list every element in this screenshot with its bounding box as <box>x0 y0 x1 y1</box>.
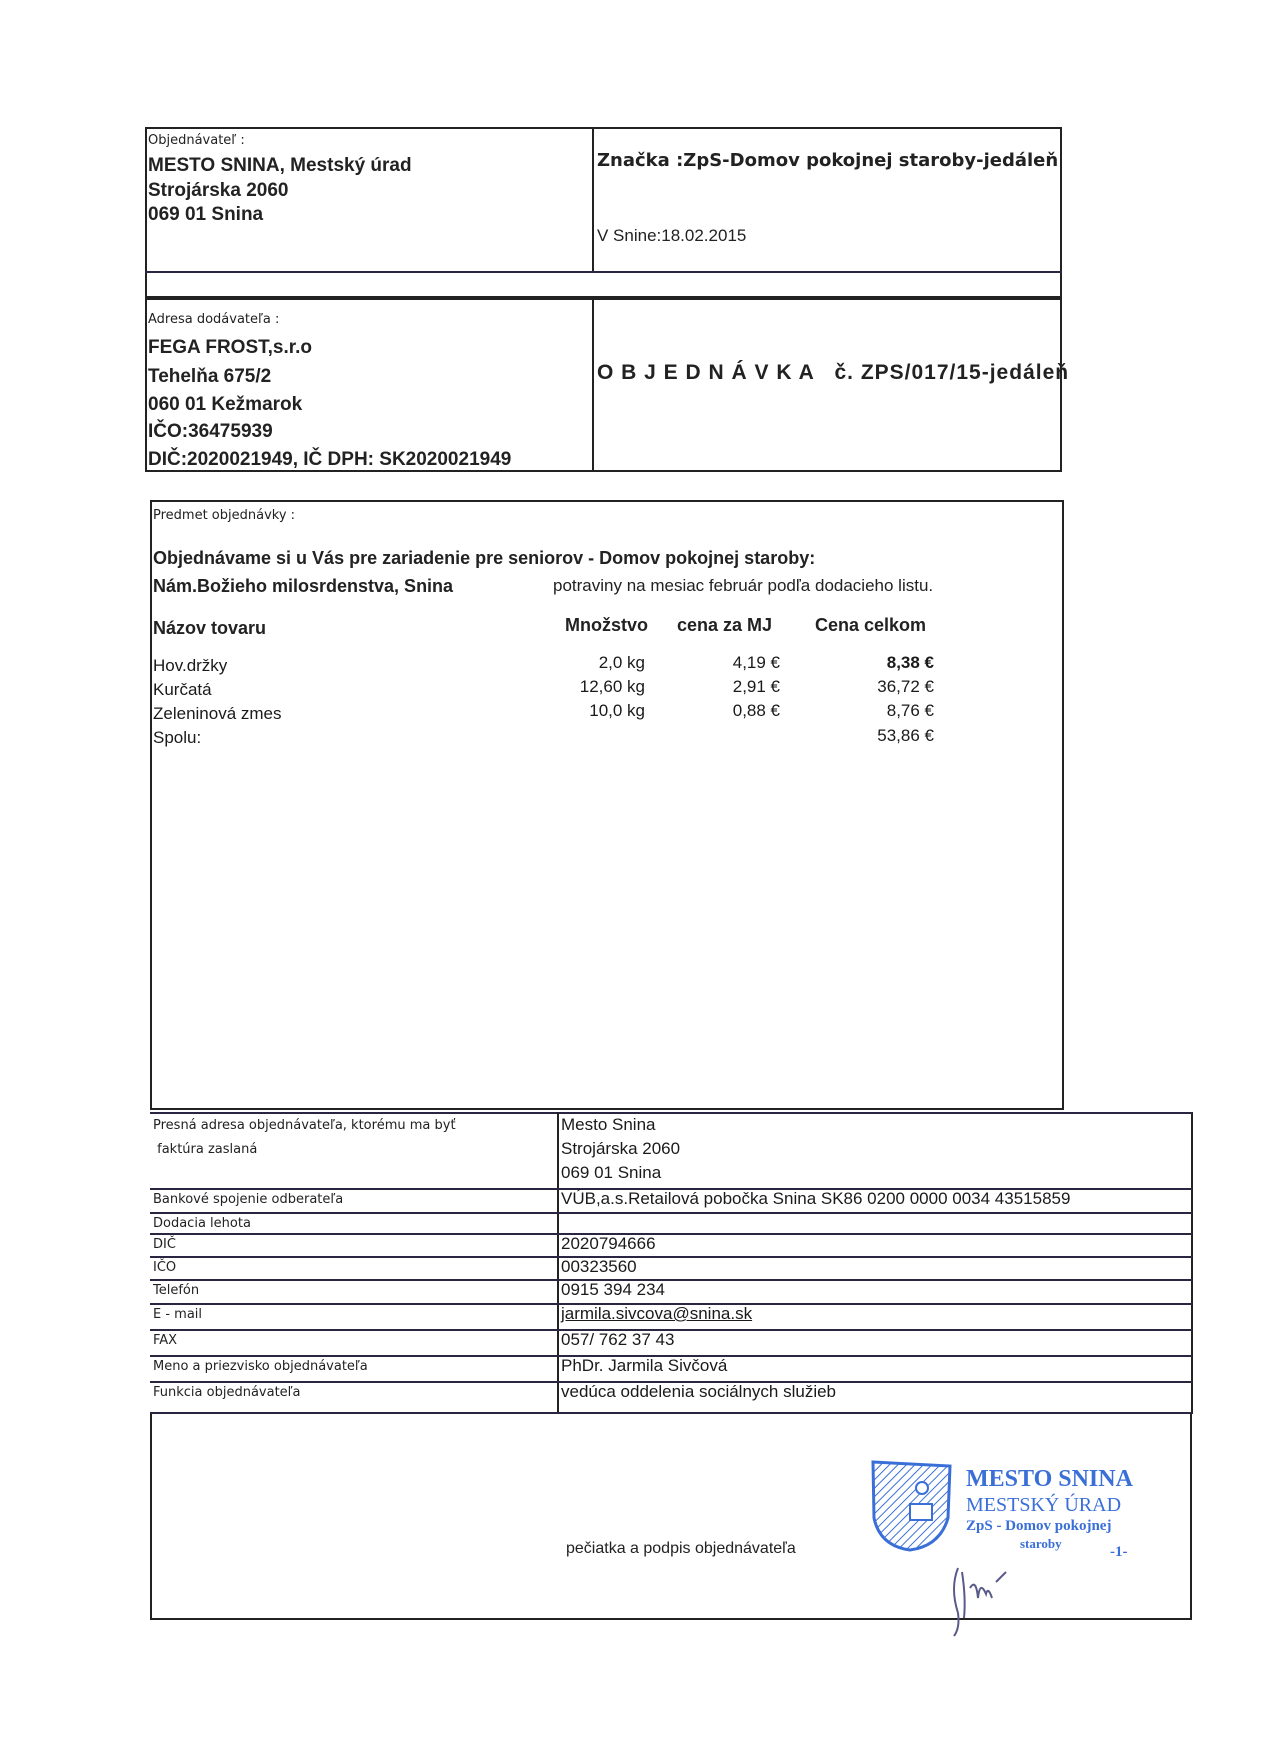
subject-line-1: Objednávame si u Vás pre zariadenie pre … <box>153 548 815 569</box>
col-header-unit-price: cena za MJ <box>677 615 772 636</box>
orderer-city: 069 01 Snina <box>148 204 263 226</box>
handwritten-signature <box>940 1558 1030 1638</box>
col-header-name: Názov tovaru <box>153 618 266 639</box>
details-top-rule <box>150 1112 1064 1114</box>
item-unit-price: 4,19 € <box>680 653 780 673</box>
coat-of-arms-icon <box>870 1458 954 1554</box>
stamp-line-4: staroby <box>1020 1536 1062 1552</box>
detail-label: Telefón <box>153 1283 199 1298</box>
detail-label: Dodacia lehota <box>153 1216 251 1231</box>
detail-value: 00323560 <box>561 1257 637 1277</box>
subject-line-2-left: Nám.Božieho milosrdenstva, Snina <box>153 576 453 597</box>
item-qty: 12,60 kg <box>540 677 645 697</box>
row-rule <box>150 1233 1192 1235</box>
detail-label: IČO <box>153 1260 176 1275</box>
row-rule <box>150 1256 1192 1258</box>
item-qty: 2,0 kg <box>540 653 645 673</box>
supplier-divider <box>592 298 594 472</box>
details-right-edge <box>1191 1112 1193 1414</box>
row-rule <box>150 1279 1192 1281</box>
stamp-number: -1- <box>1110 1544 1128 1561</box>
detail-label: Meno a priezvisko objednávateľa <box>153 1359 368 1374</box>
detail-label: Bankové spojenie odberateľa <box>153 1192 343 1207</box>
detail-value[interactable]: jarmila.sivcova@snina.sk <box>561 1304 752 1324</box>
sum-total: 53,86 € <box>820 726 934 746</box>
invoice-address-label-2: faktúra zaslaná <box>153 1142 257 1157</box>
col-header-total: Cena celkom <box>815 615 926 636</box>
header-divider <box>592 127 594 272</box>
supplier-city: 060 01 Kežmarok <box>148 394 302 416</box>
invoice-address-line: Mesto Snina <box>561 1115 656 1135</box>
item-total: 8,76 € <box>820 701 934 721</box>
orderer-name: MESTO SNINA, Mestský úrad <box>148 155 412 177</box>
col-header-qty: Množstvo <box>565 615 648 636</box>
details-divider <box>557 1112 559 1414</box>
supplier-name: FEGA FROST,s.r.o <box>148 337 312 359</box>
detail-value: vedúca oddelenia sociálnych služieb <box>561 1382 836 1402</box>
subject-line-2-right: potraviny na mesiac február podľa dodaci… <box>553 576 933 596</box>
supplier-block <box>145 298 1062 472</box>
item-unit-price: 2,91 € <box>680 677 780 697</box>
detail-value: VÚB,a.s.Retailová pobočka Snina SK86 020… <box>561 1189 1070 1209</box>
invoice-address-label-1: Presná adresa objednávateľa, ktorému ma … <box>153 1118 456 1133</box>
stamp-line-1: MESTO SNINA <box>966 1466 1133 1493</box>
item-total: 36,72 € <box>820 677 934 697</box>
item-unit-price: 0,88 € <box>680 701 780 721</box>
invoice-address-line: 069 01 Snina <box>561 1163 661 1183</box>
stamp-line-2: MESTSKÝ ÚRAD <box>966 1494 1121 1517</box>
detail-value: 0915 394 234 <box>561 1280 665 1300</box>
subject-label: Predmet objednávky : <box>153 508 295 523</box>
detail-value: 2020794666 <box>561 1234 656 1254</box>
header-bottom-rule <box>145 271 1062 273</box>
orderer-label: Objednávateľ : <box>148 133 245 148</box>
item-name: Zeleninová zmes <box>153 704 282 724</box>
item-qty: 10,0 kg <box>540 701 645 721</box>
detail-label: DIČ <box>153 1237 176 1252</box>
orderer-street: Strojárska 2060 <box>148 180 289 202</box>
item-total: 8,38 € <box>820 653 934 673</box>
detail-label: Funkcia objednávateľa <box>153 1385 301 1400</box>
sum-label: Spolu: <box>153 728 201 748</box>
supplier-ico: IČO:36475939 <box>148 421 273 443</box>
row-rule <box>150 1212 1192 1214</box>
item-name: Hov.držky <box>153 656 227 676</box>
detail-value: 057/ 762 37 43 <box>561 1330 674 1350</box>
place-date: V Snine:18.02.2015 <box>597 226 746 246</box>
detail-label: E - mail <box>153 1307 202 1322</box>
detail-label: FAX <box>153 1333 177 1348</box>
detail-value: PhDr. Jarmila Sivčová <box>561 1356 727 1376</box>
stamp-line-3: ZpS - Domov pokojnej <box>966 1518 1111 1535</box>
reference-mark: Značka :ZpS-Domov pokojnej staroby-jedál… <box>597 150 1058 171</box>
order-title: O B J E D N Á V K A č. ZPS/017/15-jedále… <box>597 361 1069 385</box>
supplier-label: Adresa dodávateľa : <box>148 312 279 327</box>
supplier-dic: DIČ:2020021949, IČ DPH: SK2020021949 <box>148 449 511 471</box>
details-top-rule-ext <box>1064 1112 1192 1114</box>
supplier-street: Tehelňa 675/2 <box>148 366 271 388</box>
invoice-address-line: Strojárska 2060 <box>561 1139 680 1159</box>
signature-label: pečiatka a podpis objednávateľa <box>566 1540 796 1558</box>
item-name: Kurčatá <box>153 680 212 700</box>
